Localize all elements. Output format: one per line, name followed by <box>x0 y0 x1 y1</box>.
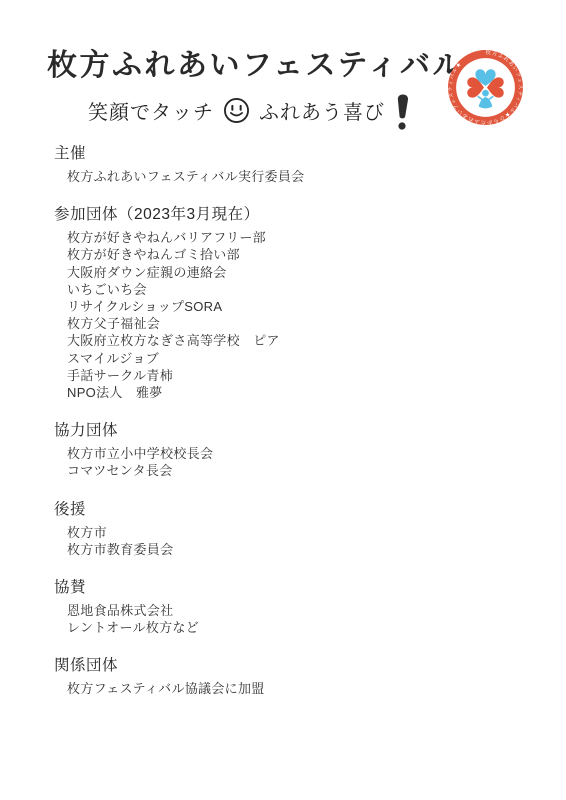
section: 主催枚方ふれあいフェスティバル実行委員会 <box>54 144 304 185</box>
list-item: 枚方ふれあいフェスティバル実行委員会 <box>54 168 304 185</box>
section: 協力団体枚方市立小中学校校長会コマツセンタ長会 <box>54 421 304 479</box>
exclamation-mark-icon <box>394 93 411 131</box>
list-item: コマツセンタ長会 <box>54 462 304 479</box>
section-heading: 関係団体 <box>54 656 304 675</box>
list-item: レントオール枚方など <box>54 619 304 636</box>
section: 協賛恩地食品株式会社レントオール枚方など <box>54 578 304 636</box>
flyer-page: 枚方ふれあいフェスティバル 笑顔でタッチ ふれあう喜び 枚方ふれあいフェスティバ… <box>0 0 566 800</box>
sections-container: 主催枚方ふれあいフェスティバル実行委員会参加団体（2023年3月現在）枚方が好き… <box>54 144 304 718</box>
section: 関係団体枚方フェスティバル協議会に加盟 <box>54 656 304 697</box>
list-item: 大阪府ダウン症親の連絡会 <box>54 264 304 281</box>
list-item: 枚方市立小中学校校長会 <box>54 445 304 462</box>
list-item: 枚方市 <box>54 524 304 541</box>
subtitle: 笑顔でタッチ ふれあう喜び <box>88 90 411 130</box>
list-item: 大阪府立枚方なぎさ高等学校 ピア <box>54 332 304 349</box>
list-item: 枚方が好きやねんバリアフリー部 <box>54 229 304 246</box>
section-heading: 協力団体 <box>54 421 304 440</box>
list-item: スマイルジョブ <box>54 350 304 367</box>
subtitle-right-text: ふれあう喜び <box>259 96 385 125</box>
list-item: 枚方が好きやねんゴミ拾い部 <box>54 246 304 263</box>
page-title: 枚方ふれあいフェスティバル <box>47 47 465 85</box>
list-item: いちごいち会 <box>54 281 304 298</box>
list-item: NPO法人 雅夢 <box>54 384 304 401</box>
section-heading: 協賛 <box>54 578 304 597</box>
section-heading: 後援 <box>54 500 304 519</box>
list-item: 手話サークル青柿 <box>54 367 304 384</box>
subtitle-left-text: 笑顔でタッチ <box>88 96 214 125</box>
section: 参加団体（2023年3月現在）枚方が好きやねんバリアフリー部枚方が好きやねんゴミ… <box>54 205 304 401</box>
list-item: 枚方父子福祉会 <box>54 315 304 332</box>
section-heading: 参加団体（2023年3月現在） <box>54 205 304 224</box>
list-item: 枚方フェスティバル協議会に加盟 <box>54 680 304 697</box>
section-heading: 主催 <box>54 144 304 163</box>
festival-logo-badge: 枚方ふれあいフェスティバル★ひらかたふれあいフェスティバル★ <box>447 49 524 126</box>
list-item: 恩地食品株式会社 <box>54 602 304 619</box>
list-item: 枚方市教育委員会 <box>54 541 304 558</box>
section: 後援枚方市枚方市教育委員会 <box>54 500 304 558</box>
smiley-face-icon <box>223 97 250 124</box>
list-item: リサイクルショップSORA <box>54 298 304 315</box>
